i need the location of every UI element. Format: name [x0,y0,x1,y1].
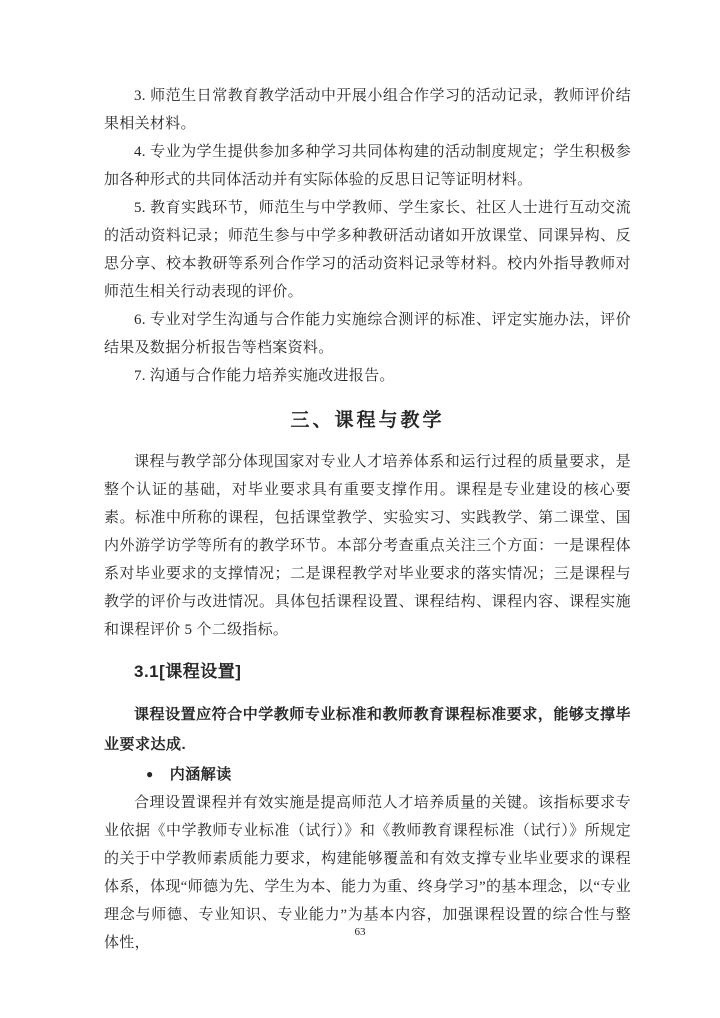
bullet-line: ●内涵解读 [104,760,631,789]
evidence-item-3: 3. 师范生日常教育教学活动中开展小组合作学习的活动记录，教师评价结果相关材料。 [104,82,631,138]
document-page: 3. 师范生日常教育教学活动中开展小组合作学习的活动记录，教师评价结果相关材料。… [0,0,720,1018]
subsection-requirement-paragraph: 课程设置应符合中学教师专业标准和教师教育课程标准要求，能够支撑毕业要求达成. [104,700,631,760]
evidence-item-5: 5. 教育实践环节，师范生与中学教师、学生家长、社区人士进行互动交流的活动资料记… [104,194,631,306]
bullet-label: 内涵解读 [170,766,232,783]
subsection-heading: 3.1[课程设置] [104,658,631,686]
section-intro-paragraph: 课程与教学部分体现国家对专业人才培养体系和运行过程的质量要求，是整个认证的基础，… [104,448,631,644]
document-content: 3. 师范生日常教育教学活动中开展小组合作学习的活动记录，教师评价结果相关材料。… [104,82,631,957]
section-heading: 三、课程与教学 [104,406,631,436]
evidence-item-4: 4. 专业为学生提供参加多种学习共同体构建的活动制度规定；学生积极参加各种形式的… [104,138,631,194]
evidence-item-6: 6. 专业对学生沟通与合作能力实施综合测评的标准、评定实施办法，评价结果及数据分… [104,306,631,362]
bullet-icon: ● [146,760,154,788]
evidence-item-7: 7. 沟通与合作能力培养实施改进报告。 [104,362,631,390]
page-number: 63 [0,926,720,938]
